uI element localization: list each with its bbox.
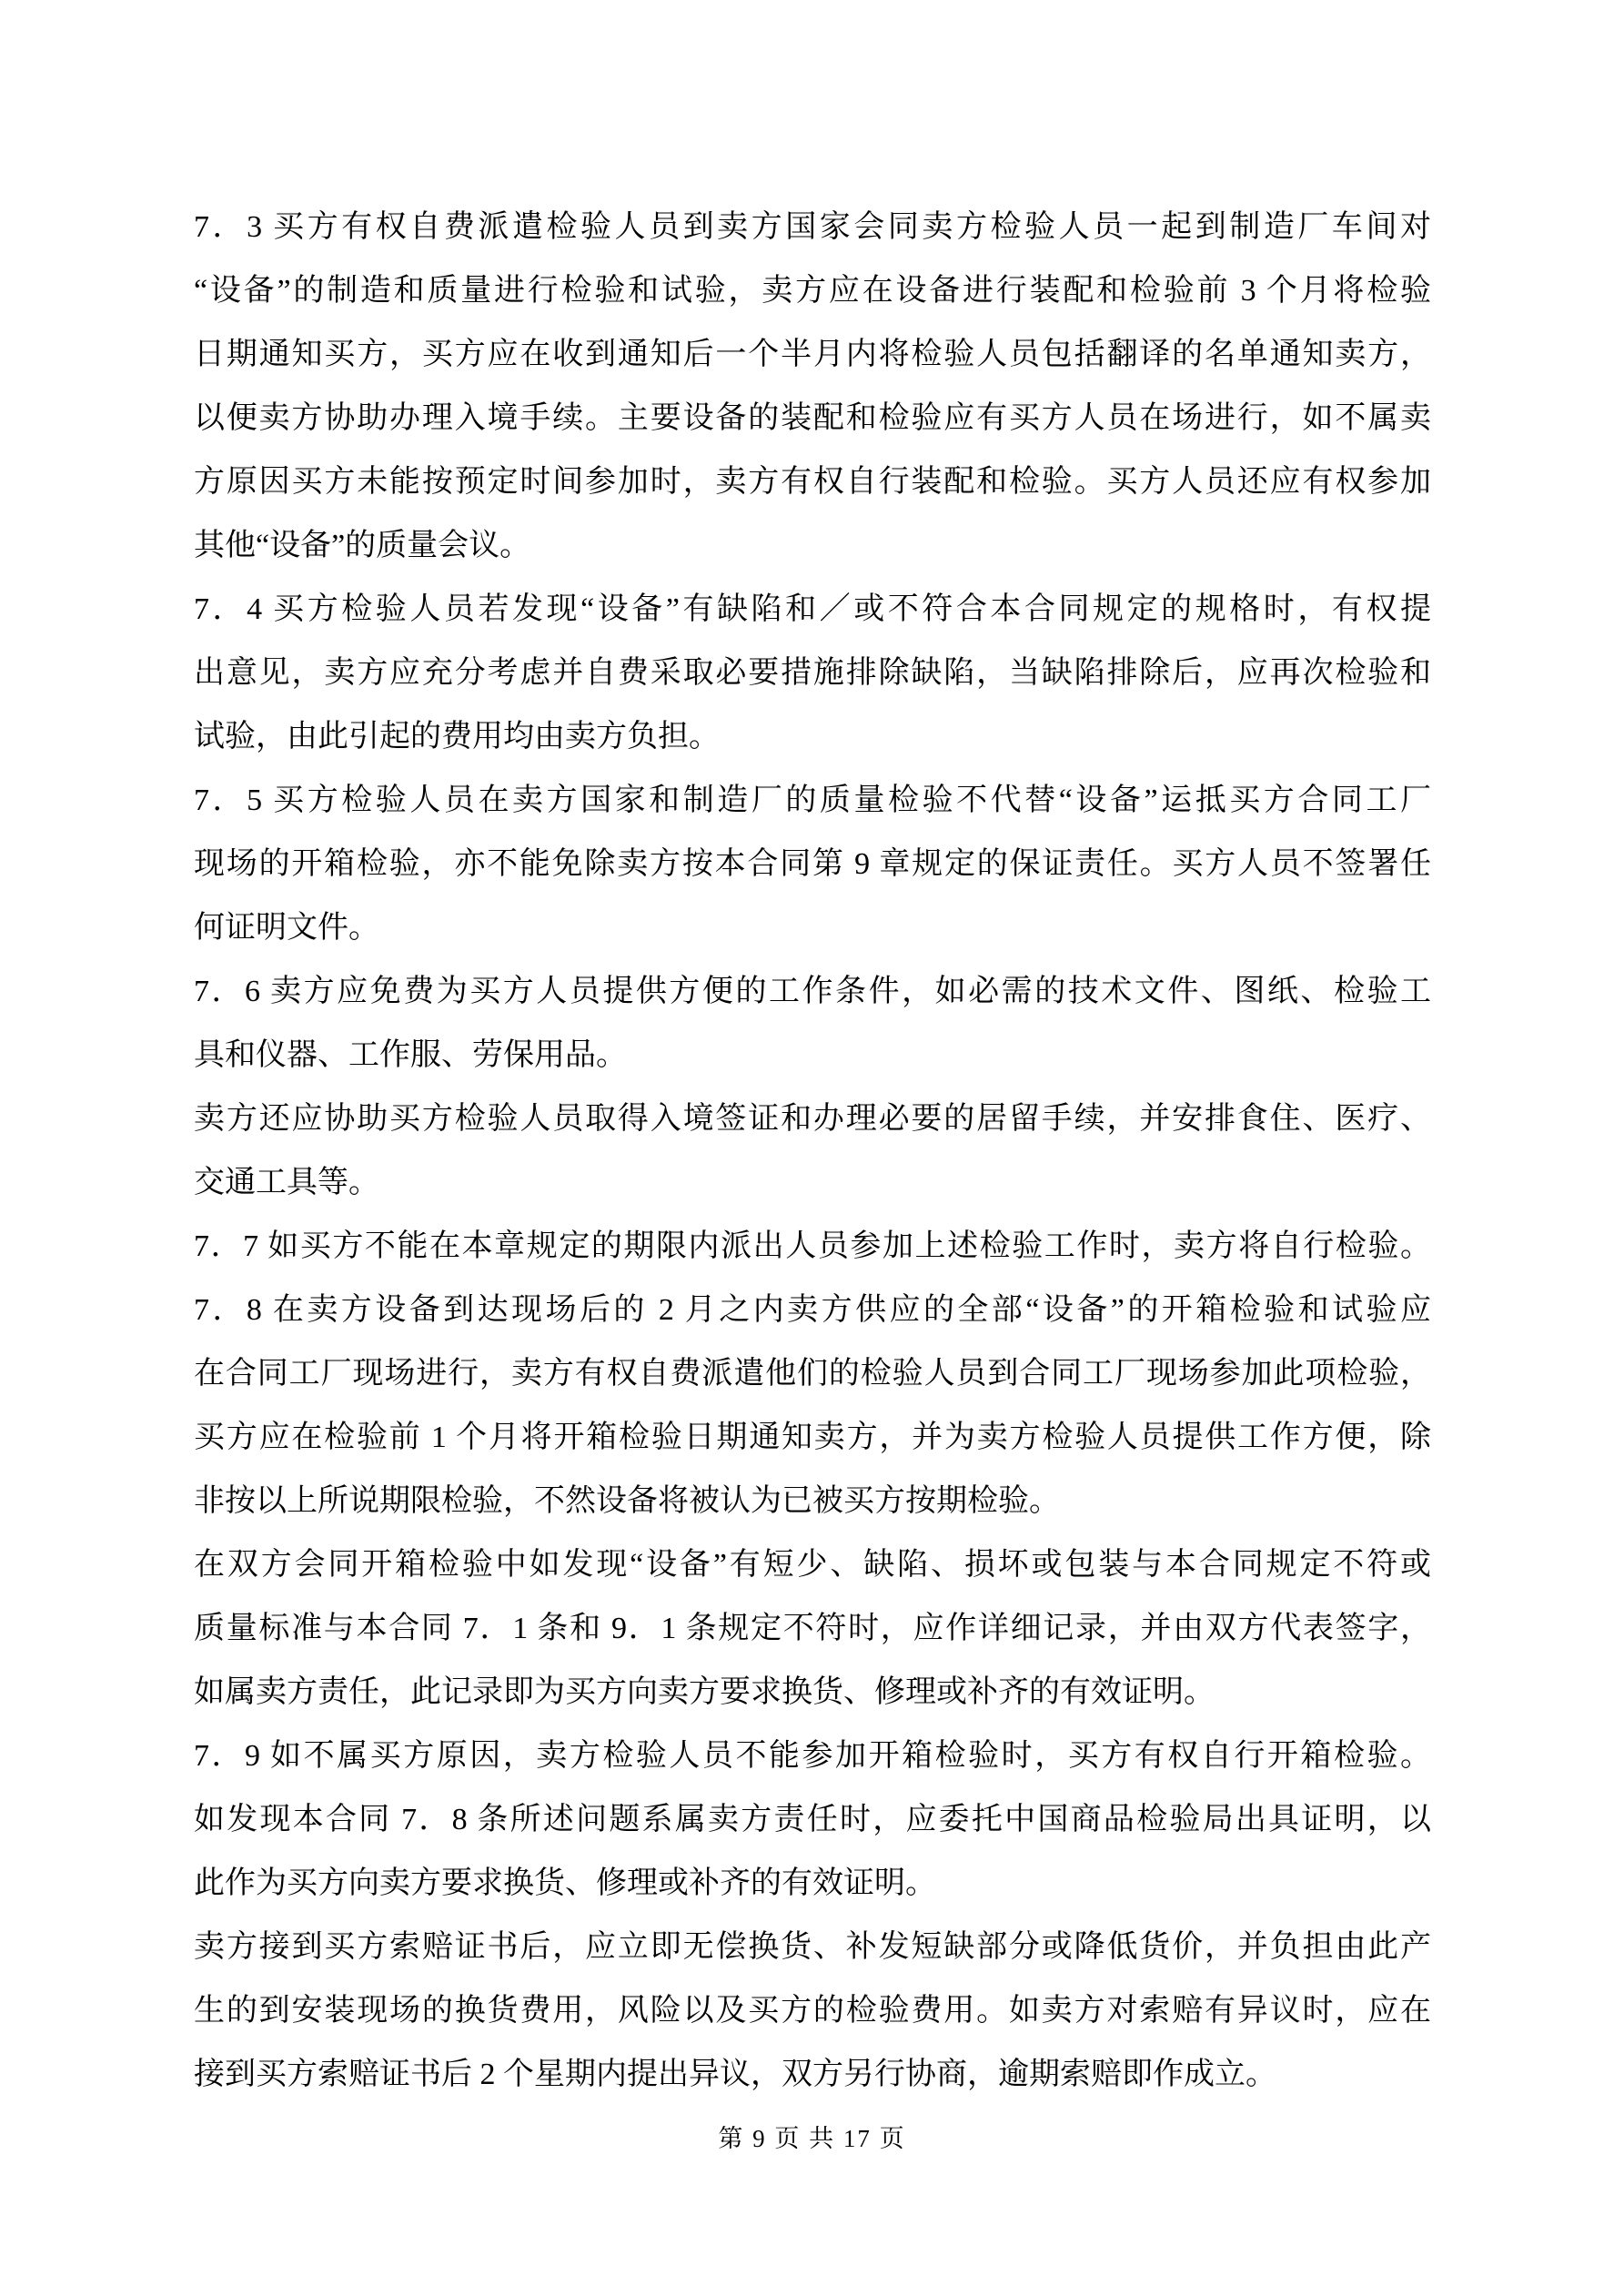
- contract-line: 试验，由此引起的费用均由卖方负担。: [194, 705, 1431, 769]
- page-number-footer: 第 9 页 共 17 页: [0, 2120, 1624, 2157]
- contract-line: 质量标准与本合同 7．1 条和 9．1 条规定不符时，应作详细记录，并由双方代表…: [194, 1597, 1431, 1661]
- contract-line: 出意见，卖方应充分考虑并自费采取必要措施排除缺陷，当缺陷排除后，应再次检验和: [194, 642, 1431, 705]
- contract-line: 以便卖方协助办理入境手续。主要设备的装配和检验应有买方人员在场进行，如不属卖: [194, 387, 1431, 450]
- contract-line: 7．8 在卖方设备到达现场后的 2 月之内卖方供应的全部“设备”的开箱检验和试验…: [194, 1279, 1431, 1342]
- contract-line: 此作为买方向卖方要求换货、修理或补齐的有效证明。: [194, 1852, 1431, 1916]
- contract-line: 交通工具等。: [194, 1151, 1431, 1215]
- contract-line: 在双方会同开箱检验中如发现“设备”有短少、缺陷、损坏或包装与本合同规定不符或: [194, 1533, 1431, 1597]
- contract-line: 7．3 买方有权自费派遣检验人员到卖方国家会同卖方检验人员一起到制造厂车间对: [194, 196, 1431, 259]
- contract-line: 买方应在检验前 1 个月将开箱检验日期通知卖方，并为卖方检验人员提供工作方便，除: [194, 1406, 1431, 1470]
- contract-line: 现场的开箱检验，亦不能免除卖方按本合同第 9 章规定的保证责任。买方人员不签署任: [194, 833, 1431, 896]
- contract-line: 7．4 买方检验人员若发现“设备”有缺陷和／或不符合本合同规定的规格时，有权提: [194, 578, 1431, 642]
- contract-line: 卖方接到买方索赔证书后，应立即无偿换货、补发短缺部分或降低货价，并负担由此产: [194, 1916, 1431, 1979]
- contract-line: 方原因买方未能按预定时间参加时，卖方有权自行装配和检验。买方人员还应有权参加: [194, 450, 1431, 514]
- contract-line: 接到买方索赔证书后 2 个星期内提出异议，双方另行协商，逾期索赔即作成立。: [194, 2043, 1431, 2107]
- contract-line: 如发现本合同 7．8 条所述问题系属卖方责任时，应委托中国商品检验局出具证明，以: [194, 1788, 1431, 1852]
- contract-line: 何证明文件。: [194, 896, 1431, 960]
- contract-line: 非按以上所说期限检验，不然设备将被认为已被买方按期检验。: [194, 1470, 1431, 1533]
- contract-line: 日期通知买方，买方应在收到通知后一个半月内将检验人员包括翻译的名单通知卖方，: [194, 323, 1431, 387]
- contract-line: 生的到安装现场的换货费用，风险以及买方的检验费用。如卖方对索赔有异议时，应在: [194, 1979, 1431, 2043]
- contract-line: 7．5 买方检验人员在卖方国家和制造厂的质量检验不代替“设备”运抵买方合同工厂: [194, 769, 1431, 833]
- contract-line: 卖方还应协助买方检验人员取得入境签证和办理必要的居留手续，并安排食住、医疗、: [194, 1087, 1431, 1151]
- contract-line: 7．9 如不属买方原因，卖方检验人员不能参加开箱检验时，买方有权自行开箱检验。: [194, 1725, 1431, 1788]
- contract-line: 7．6 卖方应免费为买方人员提供方便的工作条件，如必需的技术文件、图纸、检验工: [194, 960, 1431, 1024]
- contract-line: 如属卖方责任，此记录即为买方向卖方要求换货、修理或补齐的有效证明。: [194, 1661, 1431, 1725]
- contract-body: 7．3 买方有权自费派遣检验人员到卖方国家会同卖方检验人员一起到制造厂车间对 “…: [194, 196, 1431, 2107]
- contract-line: “设备”的制造和质量进行检验和试验，卖方应在设备进行装配和检验前 3 个月将检验: [194, 259, 1431, 323]
- document-page: 7．3 买方有权自费派遣检验人员到卖方国家会同卖方检验人员一起到制造厂车间对 “…: [0, 0, 1624, 2296]
- contract-line: 在合同工厂现场进行，卖方有权自费派遣他们的检验人员到合同工厂现场参加此项检验，: [194, 1342, 1431, 1406]
- contract-line: 具和仪器、工作服、劳保用品。: [194, 1024, 1431, 1087]
- contract-line: 其他“设备”的质量会议。: [194, 514, 1431, 578]
- contract-line: 7．7 如买方不能在本章规定的期限内派出人员参加上述检验工作时，卖方将自行检验。: [194, 1215, 1431, 1279]
